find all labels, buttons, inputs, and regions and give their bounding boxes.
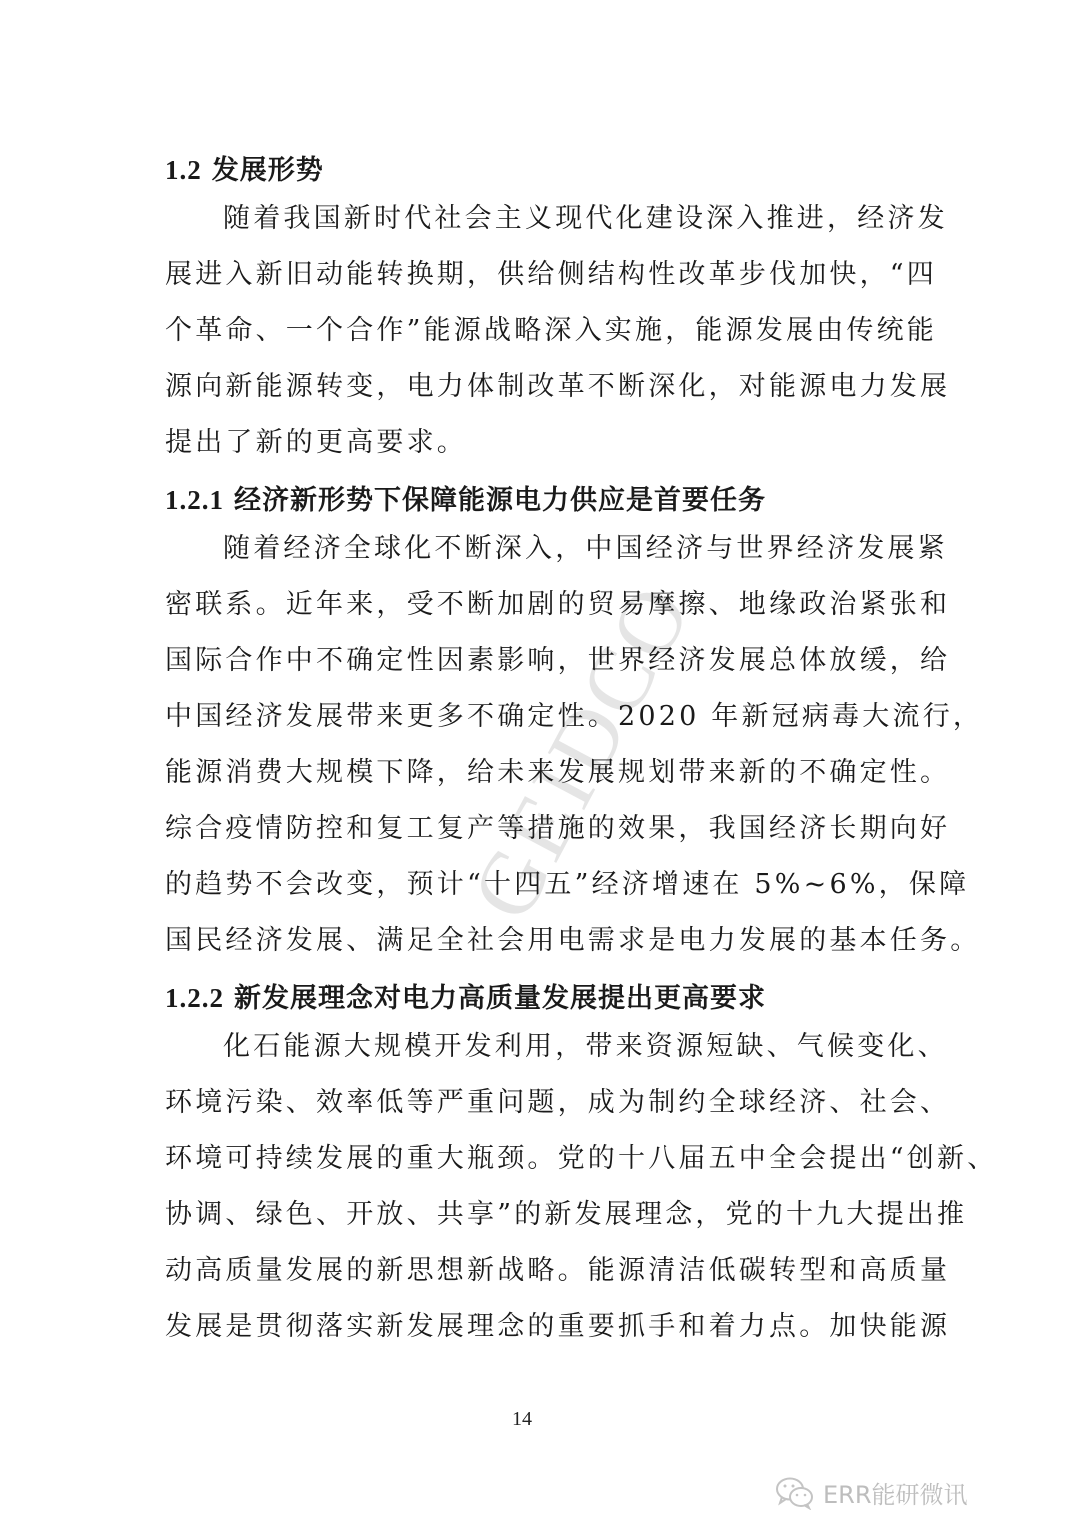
paragraph-line: 能源消费大规模下降，给未来发展规划带来新的不确定性。 [165,750,950,789]
paragraph-line: 动高质量发展的新思想新战略。能源清洁低碳转型和高质量 [165,1248,950,1287]
paragraph-line: 中国经济发展带来更多不确定性。2020 年新冠病毒大流行， [165,694,983,733]
paragraph-line: 源向新能源转变，电力体制改革不断深化，对能源电力发展 [165,364,950,403]
paragraph-line: 个革命、一个合作”能源战略深入实施，能源发展由传统能 [165,308,937,347]
section-heading-1-2-1: 1.2.1经济新形势下保障能源电力供应是首要任务 [165,478,766,517]
page-number: 14 [512,1408,532,1431]
paragraph-line: 协调、绿色、开放、共享”的新发展理念，党的十九大提出推 [165,1192,967,1231]
paragraph-line: 随着经济全球化不断深入，中国经济与世界经济发展紧 [223,526,948,565]
wechat-account-name: ERR能研微讯 [823,1475,968,1510]
paragraph-line: 的趋势不会改变，预计“十四五”经济增速在 5%~6%，保障 [165,862,969,901]
section-heading-1-2: 1.2发展形势 [165,148,324,187]
paragraph-line: 环境污染、效率低等严重问题，成为制约全球经济、社会、 [165,1080,950,1119]
wechat-account-badge: ERR能研微讯 [775,1475,968,1510]
paragraph-line: 国民经济发展、满足全社会用电需求是电力发展的基本任务。 [165,918,980,957]
paragraph-line: 环境可持续发展的重大瓶颈。党的十八届五中全会提出“创新、 [165,1136,997,1175]
paragraph-line: 提出了新的更高要求。 [165,420,467,459]
paragraph-line: 化石能源大规模开发利用，带来资源短缺、气候变化、 [223,1024,948,1063]
wechat-icon [775,1476,815,1510]
section-title: 经济新形势下保障能源电力供应是首要任务 [234,485,766,516]
section-title: 新发展理念对电力高质量发展提出更高要求 [234,983,766,1014]
paragraph-line: 国际合作中不确定性因素影响，世界经济发展总体放缓，给 [165,638,950,677]
paragraph-line: 密联系。近年来，受不断加剧的贸易摩擦、地缘政治紧张和 [165,582,950,621]
paragraph-line: 发展是贯彻落实新发展理念的重要抓手和着力点。加快能源 [165,1304,950,1343]
paragraph-line: 随着我国新时代社会主义现代化建设深入推进，经济发 [223,196,948,235]
section-heading-1-2-2: 1.2.2新发展理念对电力高质量发展提出更高要求 [165,976,766,1015]
section-number: 1.2 [165,155,202,185]
section-number: 1.2.2 [165,983,224,1013]
paragraph-line: 综合疫情防控和复工复产等措施的效果，我国经济长期向好 [165,806,950,845]
section-number: 1.2.1 [165,485,224,515]
section-title: 发展形势 [212,155,324,186]
paragraph-line: 展进入新旧动能转换期，供给侧结构性改革步伐加快，“四 [165,252,937,291]
